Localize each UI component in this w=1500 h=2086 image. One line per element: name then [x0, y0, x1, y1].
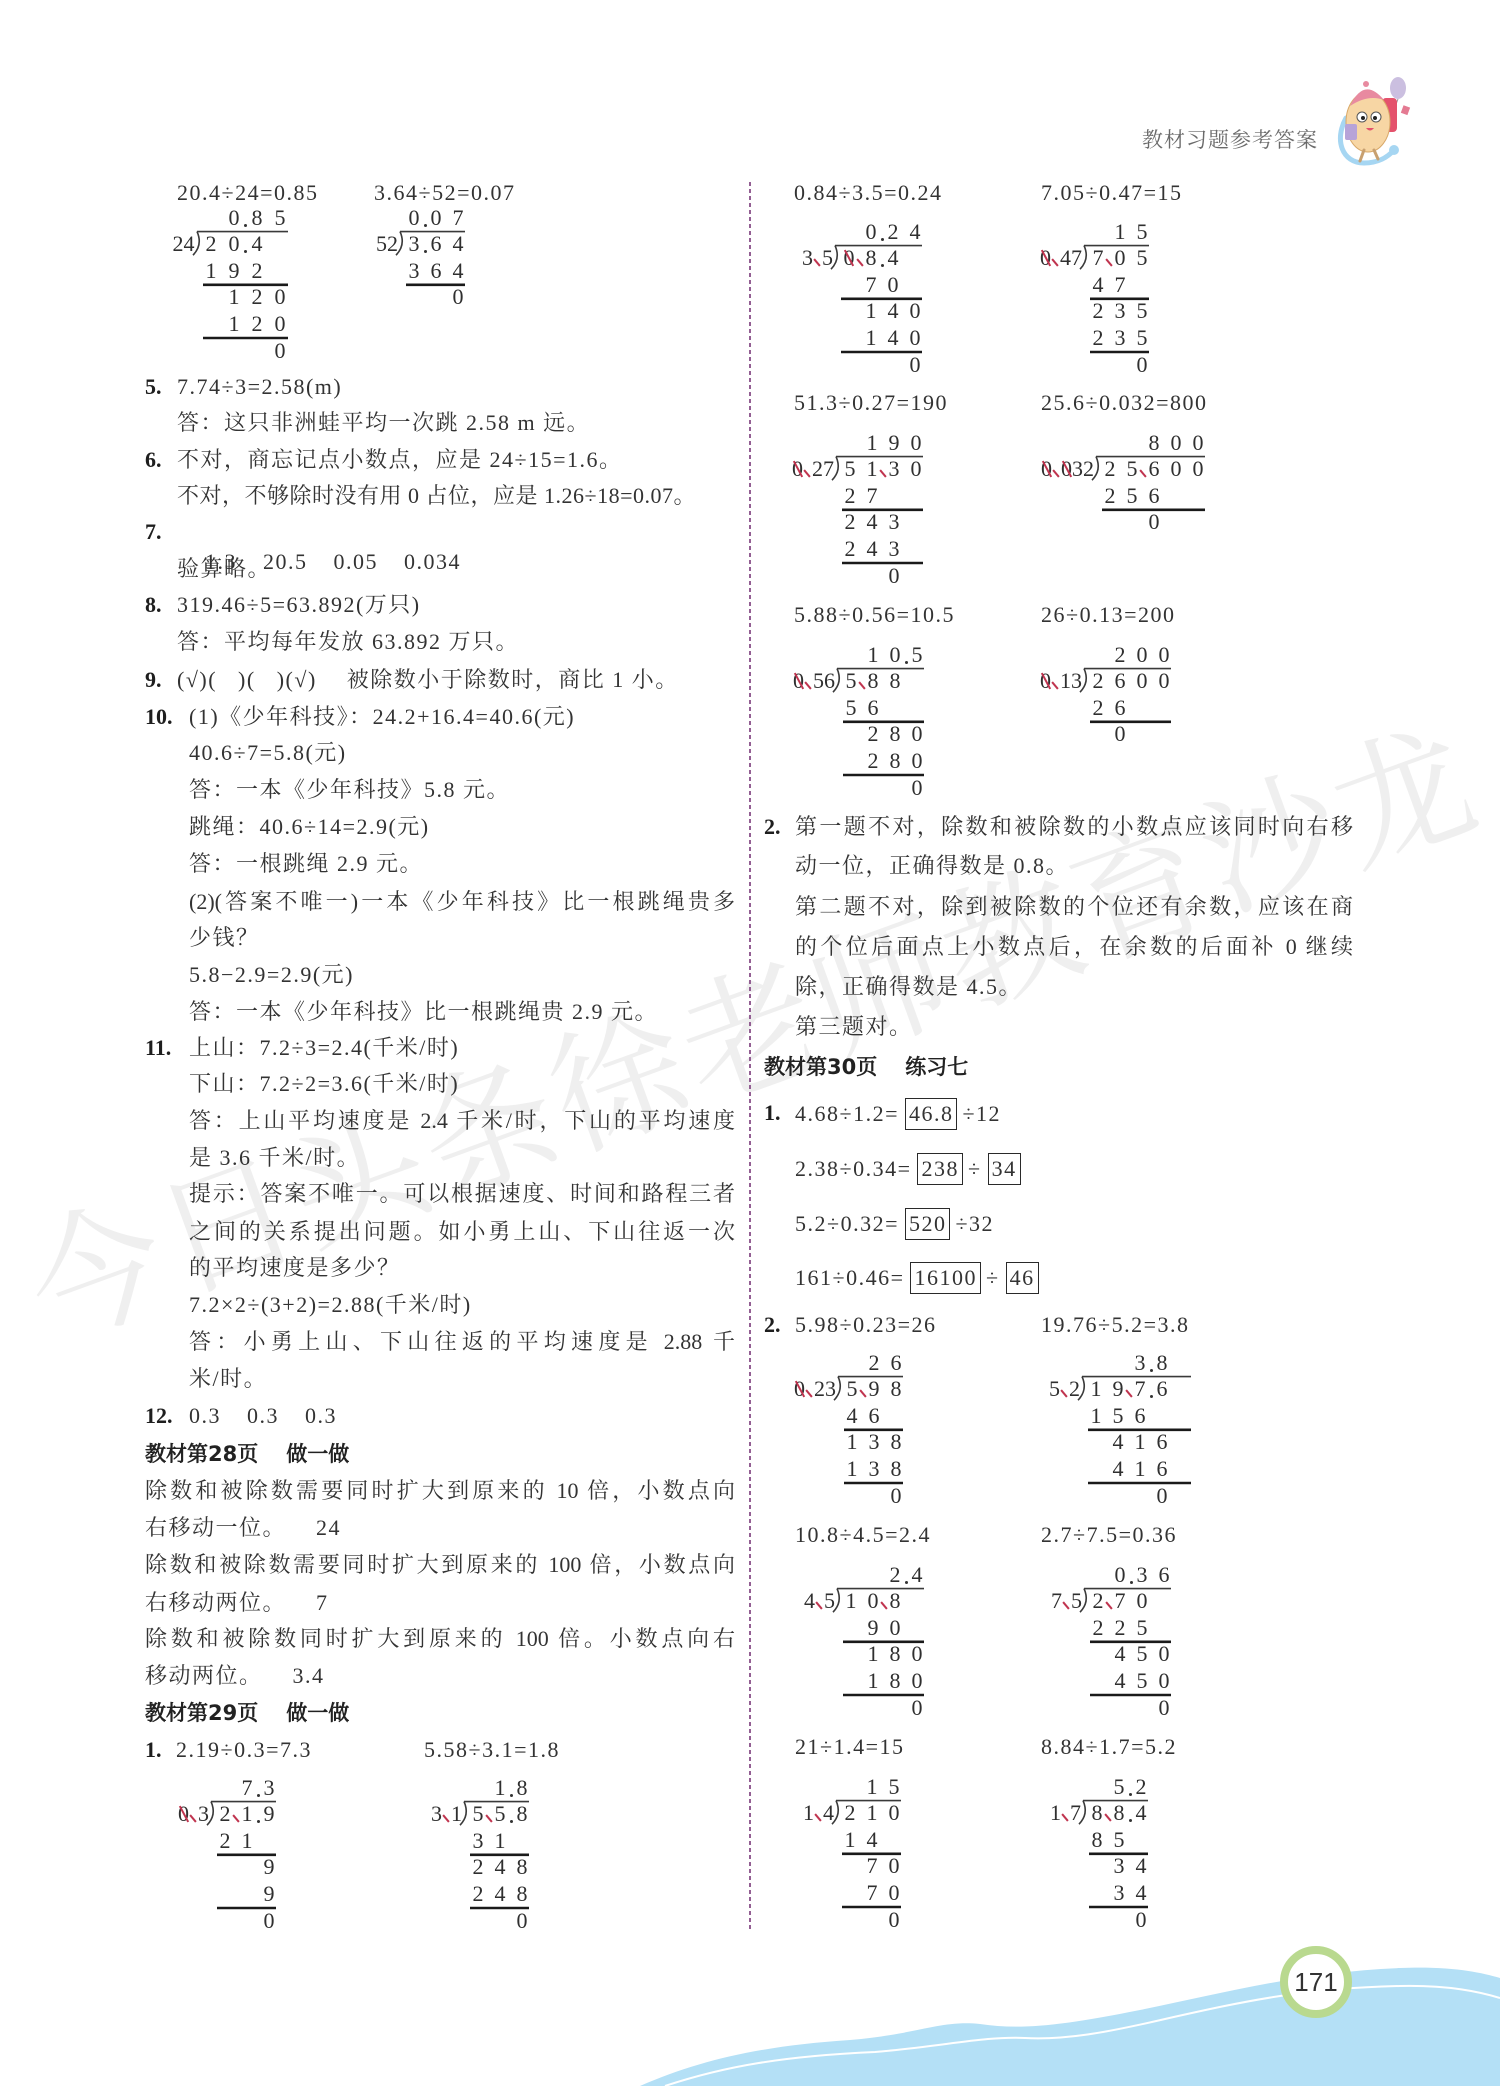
- answer-value: 0.3: [189, 1403, 221, 1428]
- digit: 1: [861, 1800, 883, 1827]
- answer-line: 右移动一位。24: [145, 1513, 341, 1543]
- digit: 7: [1051, 1588, 1062, 1615]
- answer-line: 答：上山平均速度是 2.4 千米/时，下山的平均速度: [189, 1106, 735, 1136]
- digit: 1: [860, 325, 882, 352]
- digit: 0: [223, 231, 246, 258]
- footer-wave: [0, 1930, 1500, 2086]
- boxed-equation: 4.68÷1.2=46.8÷12: [795, 1098, 1001, 1128]
- section-heading: 教材第28页做一做: [145, 1439, 349, 1469]
- digit: 2: [387, 231, 398, 258]
- digit: 0: [1165, 456, 1187, 483]
- digit: 6: [885, 1350, 907, 1377]
- long-division: 02326598461381380: [841, 1350, 907, 1510]
- digit: 8: [885, 1376, 907, 1403]
- digit: 1: [862, 642, 884, 669]
- digit: 8: [1151, 1350, 1173, 1377]
- digit: 0: [1131, 352, 1153, 379]
- digit: 1: [236, 1828, 258, 1855]
- digit: 3: [883, 456, 905, 483]
- digit: 6: [824, 668, 835, 695]
- digit: 0: [883, 1800, 905, 1827]
- digit: 9: [258, 1854, 280, 1881]
- crossed-digit: 0: [1040, 668, 1051, 695]
- long-division: 056105588562802800: [840, 642, 928, 802]
- answer-line: 是 3.6 千米/时。: [189, 1143, 360, 1173]
- digit: 6: [1151, 1376, 1173, 1403]
- digit: 2: [246, 284, 269, 311]
- digit: 1: [200, 258, 223, 285]
- divisor: 047: [1040, 245, 1082, 272]
- digit: 0: [883, 1880, 905, 1907]
- digit: 1: [861, 430, 883, 457]
- digit: 3: [883, 536, 905, 563]
- section-heading: 教材第30页练习七: [764, 1052, 968, 1082]
- answer-line: 答：平均每年发放 63.892 万只。: [177, 627, 519, 657]
- answer-line: 验算略。: [177, 554, 271, 584]
- digit: 5: [1131, 325, 1153, 352]
- digit: 2: [1087, 298, 1109, 325]
- digit: 0: [905, 456, 927, 483]
- digit: 5: [376, 231, 387, 258]
- digit: 0: [1153, 1695, 1175, 1722]
- divisor: 013: [1040, 668, 1082, 695]
- answer-box: 46.8: [905, 1098, 958, 1130]
- answer-box: 46: [1006, 1262, 1039, 1294]
- answer-line: 跳绳：40.6÷14=2.9(元): [189, 812, 430, 842]
- answer-text: 右移动一位。: [145, 1515, 286, 1540]
- digit: 4: [861, 509, 883, 536]
- digit: 7: [447, 205, 469, 232]
- question-number: 7.: [145, 517, 162, 547]
- check-mark: ( ): [247, 667, 286, 692]
- answer-list: 1.320.50.050.034: [177, 517, 461, 547]
- crossed-digit: 0: [1041, 456, 1052, 483]
- digit: 2: [814, 1376, 825, 1403]
- digit: 7: [861, 1880, 883, 1907]
- digit: 4: [1109, 1641, 1131, 1668]
- answer-line: 除数和被除数同时扩大到原来的 100 倍。小数点向右: [145, 1624, 735, 1654]
- digit: 4: [1107, 1429, 1129, 1456]
- digit: 2: [839, 536, 861, 563]
- divisor: 14: [803, 1800, 834, 1827]
- digit: 2: [839, 483, 861, 510]
- digit: 0: [269, 338, 292, 365]
- digit: 5: [1131, 1668, 1153, 1695]
- answer-line: 答：这只非洲蛙平均一次跳 2.58 m 远。: [177, 408, 590, 438]
- answer-line: 不对，商忘记点小数点，应是 24÷15=1.6。: [177, 445, 622, 475]
- question-number: 5.: [145, 372, 162, 402]
- digit: 4: [861, 1827, 883, 1854]
- digit: 0: [1151, 1483, 1173, 1510]
- divisor: 75: [1051, 1588, 1082, 1615]
- equation: 20.4÷24=0.85: [177, 178, 318, 208]
- digit: 8: [1143, 430, 1165, 457]
- answer-value: 3.4: [293, 1663, 325, 1688]
- digit: 3: [883, 509, 905, 536]
- digit: 0: [905, 430, 927, 457]
- digit: 9: [258, 1801, 280, 1828]
- moved-decimal-mark: [1052, 456, 1061, 483]
- answer-box: 520: [905, 1208, 951, 1240]
- divisor: 027: [792, 456, 834, 483]
- digit: 0: [884, 642, 906, 669]
- boxed-equation: 2.38÷0.34=238÷34: [795, 1153, 1026, 1183]
- digit: 1: [841, 1456, 863, 1483]
- digit: 6: [1143, 483, 1165, 510]
- digit: 8: [862, 668, 884, 695]
- check-mark: (√): [286, 667, 317, 692]
- digit: 3: [403, 231, 425, 258]
- long-division: 520073643640: [403, 205, 469, 311]
- digit: 0: [1153, 642, 1175, 669]
- moved-decimal-mark: [815, 1588, 824, 1615]
- digit: 4: [804, 1588, 815, 1615]
- moved-decimal-mark: [1061, 1800, 1070, 1827]
- divisor: 35: [802, 245, 833, 272]
- digit: 1: [803, 1800, 814, 1827]
- digit: 4: [882, 245, 904, 272]
- digit: 3: [863, 1456, 885, 1483]
- answer-line: 右移动两位。7: [145, 1588, 329, 1618]
- digit: 2: [467, 1854, 489, 1881]
- equation: 3.64÷52=0.07: [374, 178, 515, 208]
- digit: 5: [824, 1588, 835, 1615]
- check-mark: ( ): [208, 667, 247, 692]
- answer-line: 7.74÷3=2.58(m): [177, 372, 342, 402]
- digit: 2: [214, 1828, 236, 1855]
- digit: 0: [1131, 1588, 1153, 1615]
- digit: 5: [1108, 1827, 1130, 1854]
- answer-line: (1)《少年科技》：24.2+16.4=40.6(元): [189, 702, 575, 732]
- digit: 6: [863, 1403, 885, 1430]
- digit: 1: [1060, 668, 1071, 695]
- answer-line: 答：一根跳绳 2.9 元。: [189, 849, 423, 879]
- digit: 5: [489, 1801, 511, 1828]
- equation-lhs: 2.38÷0.34=: [795, 1156, 911, 1181]
- digit: 3: [1108, 1853, 1130, 1880]
- digit: 8: [511, 1881, 533, 1908]
- section-title: 教材第28页: [145, 1442, 258, 1466]
- digit: 0: [906, 775, 928, 802]
- check-mark: (√): [177, 667, 208, 692]
- digit: 7: [860, 272, 882, 299]
- digit: 0: [906, 1668, 928, 1695]
- digit: 7: [1109, 1588, 1131, 1615]
- answer-line: (√)( )( )(√)被除数小于除数时，商比 1 小。: [177, 665, 679, 695]
- digit: 8: [884, 668, 906, 695]
- long-division: 750362702254504500: [1087, 1562, 1175, 1722]
- digit: 1: [1085, 1403, 1107, 1430]
- digit: 3: [1131, 1562, 1153, 1589]
- answer-value: 24: [316, 1515, 341, 1540]
- digit: 1: [489, 1775, 511, 1802]
- answer-line: 除，正确得数是 4.5。: [795, 972, 1022, 1002]
- divisor: 056: [793, 668, 835, 695]
- answer-value: 0.3: [305, 1403, 337, 1428]
- digit: 0: [403, 205, 425, 232]
- long-division: 17528848534340: [1086, 1774, 1152, 1934]
- digit: 2: [1087, 668, 1109, 695]
- column-divider: [749, 182, 751, 1932]
- digit: 4: [1060, 245, 1071, 272]
- answer-line: 除数和被除数需要同时扩大到原来的 100 倍，小数点向: [145, 1550, 735, 1580]
- section-title: 教材第29页: [145, 1701, 258, 1725]
- digit: 4: [1130, 1880, 1152, 1907]
- digit: 6: [862, 695, 884, 722]
- crossed-digit: 0: [793, 668, 804, 695]
- answer-line: 少钱？: [189, 923, 260, 953]
- digit: 3: [258, 1775, 280, 1802]
- digit: 9: [883, 430, 905, 457]
- digit: 2: [246, 311, 269, 338]
- hint-line: 之间的关系提出问题。如小勇上山、下山往返一次: [189, 1217, 735, 1247]
- digit: 4: [904, 219, 926, 246]
- digit: 2: [882, 219, 904, 246]
- question-number: 6.: [145, 445, 162, 475]
- moved-decimal-mark: [442, 1801, 451, 1828]
- question-number: 8.: [145, 590, 162, 620]
- digit: 0: [906, 748, 928, 775]
- answer-line: 上山：7.2÷3=2.4(千米/时): [189, 1033, 459, 1063]
- equation-lhs: 161÷0.46=: [795, 1265, 904, 1290]
- digit: 5: [1108, 1774, 1130, 1801]
- answer-line: 第一题不对，除数和被除数的小数点应该同时向右移: [795, 812, 1353, 842]
- question-number: 12.: [145, 1401, 173, 1431]
- equation: 2.7÷7.5=0.36: [1041, 1520, 1177, 1550]
- section-subtitle: 做一做: [286, 1442, 349, 1466]
- hint-line: 的平均速度是多少？: [189, 1253, 401, 1283]
- digit: 3: [1109, 298, 1131, 325]
- digit: 8: [511, 1854, 533, 1881]
- question-number: 2.: [764, 812, 781, 842]
- equation-lhs: 5.2÷0.32=: [795, 1211, 899, 1236]
- page-number: 171: [1280, 1946, 1352, 2018]
- equation-lhs: 4.68÷1.2=: [795, 1101, 899, 1126]
- question-number: 10.: [145, 702, 173, 732]
- crossed-digit: 0: [794, 1376, 805, 1403]
- digit: 1: [839, 1827, 861, 1854]
- digit: 3: [1072, 456, 1083, 483]
- equation: 21÷1.4=15: [795, 1732, 904, 1762]
- digit: 4: [1087, 272, 1109, 299]
- digit: 5: [1131, 1615, 1153, 1642]
- digit: 3: [825, 1376, 836, 1403]
- digit: 2: [173, 231, 184, 258]
- moved-decimal-mark: [189, 1801, 198, 1828]
- digit: 1: [1129, 1429, 1151, 1456]
- digit: 4: [906, 1562, 928, 1589]
- digit: 4: [882, 325, 904, 352]
- digit: 6: [425, 258, 447, 285]
- answer-line: 40.6÷7=5.8(元): [189, 738, 347, 768]
- equation: 10.8÷4.5=2.4: [795, 1520, 931, 1550]
- digit: 7: [861, 1853, 883, 1880]
- digit: 0: [1109, 1562, 1131, 1589]
- long-division: 523819761564164160: [1085, 1350, 1195, 1510]
- digit: 6: [1151, 1429, 1173, 1456]
- digit: 4: [882, 298, 904, 325]
- digit: 0: [1153, 1641, 1175, 1668]
- digit: 0: [882, 272, 904, 299]
- digit: 3: [431, 1801, 442, 1828]
- digit: 4: [489, 1881, 511, 1908]
- digit: 4: [447, 231, 469, 258]
- digit: 1: [861, 1774, 883, 1801]
- answer-box: 34: [988, 1153, 1021, 1185]
- answer-list: 0.30.30.3: [189, 1401, 337, 1431]
- digit: 0: [1143, 509, 1165, 536]
- answer-line: 7.2×2÷(3+2)=2.88(千米/时): [189, 1290, 472, 1320]
- equation-operator: ÷: [986, 1265, 1000, 1290]
- digit: 6: [1153, 1562, 1175, 1589]
- digit: 0: [1131, 642, 1153, 669]
- digit: 7: [1109, 272, 1131, 299]
- answer-value: 0.034: [404, 549, 461, 574]
- digit: 5: [1131, 298, 1153, 325]
- digit: 0: [906, 721, 928, 748]
- equation-rest: ÷12: [962, 1101, 1001, 1126]
- question-number: 1.: [145, 1735, 162, 1765]
- digit: 1: [489, 1828, 511, 1855]
- answer-line: 米/时。: [189, 1364, 267, 1394]
- digit: 1: [1109, 219, 1131, 246]
- digit: 0: [1187, 456, 1209, 483]
- section-subtitle: 做一做: [286, 1701, 349, 1725]
- answer-line: 答：一本《少年科技》比一根跳绳贵 2.9 元。: [189, 997, 658, 1027]
- digit: 8: [1086, 1827, 1108, 1854]
- equation: 19.76÷5.2=3.8: [1041, 1310, 1189, 1340]
- digit: 2: [1130, 1774, 1152, 1801]
- equation: 8.84÷1.7=5.2: [1041, 1732, 1177, 1762]
- digit: 1: [1129, 1456, 1151, 1483]
- answer-box: 238: [917, 1153, 963, 1185]
- digit: 0: [223, 205, 246, 232]
- digit: 7: [823, 456, 834, 483]
- answer-box: 16100: [910, 1262, 981, 1294]
- long-division: 3118558312482480: [467, 1775, 533, 1935]
- answer-line: 第二题不对，除到被除数的个位还有余数，应该在商: [795, 892, 1353, 922]
- digit: 0: [883, 1853, 905, 1880]
- digit: 8: [511, 1775, 533, 1802]
- equation: 0.84÷3.5=0.24: [794, 178, 942, 208]
- divisor: 52: [1049, 1376, 1080, 1403]
- digit: 4: [861, 536, 883, 563]
- digit: 8: [884, 1641, 906, 1668]
- long-division: 4524108901801800: [840, 1562, 928, 1722]
- digit: 4: [841, 1403, 863, 1430]
- crossed-digit: 0: [1040, 245, 1051, 272]
- digit: 1: [236, 1801, 258, 1828]
- digit: 3: [1109, 325, 1131, 352]
- digit: 1: [451, 1801, 462, 1828]
- digit: 0: [447, 284, 469, 311]
- digit: 3: [1129, 1350, 1151, 1377]
- digit: 6: [425, 231, 447, 258]
- digit: 5: [1131, 245, 1153, 272]
- digit: 6: [1109, 695, 1131, 722]
- boxed-equation: 5.2÷0.32=520÷32: [795, 1208, 994, 1238]
- equation: 7.05÷0.47=15: [1041, 178, 1182, 208]
- digit: 2: [1109, 642, 1131, 669]
- question-number: 11.: [145, 1033, 171, 1063]
- digit: 4: [184, 231, 195, 258]
- digit: 4: [246, 231, 269, 258]
- digit: 1: [841, 1429, 863, 1456]
- question-number: 1.: [764, 1098, 781, 1128]
- digit: 2: [200, 231, 223, 258]
- digit: 2: [1069, 1376, 1080, 1403]
- digit: 5: [813, 668, 824, 695]
- digit: 8: [246, 205, 269, 232]
- divisor: 52: [376, 231, 398, 258]
- digit: 0: [1131, 668, 1153, 695]
- digit: 5: [1131, 219, 1153, 246]
- digit: 5: [822, 245, 833, 272]
- moved-decimal-mark: [803, 456, 812, 483]
- digit: 3: [802, 245, 813, 272]
- digit: 1: [840, 1588, 862, 1615]
- answer-value: 7: [316, 1590, 329, 1615]
- digit: 0: [883, 563, 905, 590]
- digit: 1: [862, 1668, 884, 1695]
- digit: 8: [860, 245, 882, 272]
- digit: 2: [1087, 695, 1109, 722]
- digit: 1: [860, 298, 882, 325]
- digit: 7: [1070, 1800, 1081, 1827]
- digit: 7: [1129, 1376, 1151, 1403]
- digit: 8: [884, 1588, 906, 1615]
- digit: 2: [884, 1562, 906, 1589]
- boxed-equation: 161÷0.46=16100÷46: [795, 1262, 1044, 1292]
- digit: 3: [467, 1828, 489, 1855]
- answer-value: 0.05: [334, 549, 379, 574]
- question-number: 2.: [764, 1310, 781, 1340]
- digit: 4: [447, 258, 469, 285]
- digit: 5: [1131, 1641, 1153, 1668]
- hint-line: 提示：答案不唯一。可以根据速度、时间和路程三者: [189, 1179, 735, 1209]
- digit: 2: [1099, 456, 1121, 483]
- digit: 8: [884, 721, 906, 748]
- section-subtitle: 练习七: [905, 1055, 968, 1079]
- digit: 5: [1049, 1376, 1060, 1403]
- divisor: 24: [173, 231, 195, 258]
- digit: 0: [269, 284, 292, 311]
- digit: 5: [906, 642, 928, 669]
- answer-value: 0.3: [247, 1403, 279, 1428]
- long-division: 35024084701401400: [838, 219, 926, 379]
- digit: 9: [863, 1376, 885, 1403]
- digit: 1: [862, 1641, 884, 1668]
- digit: 3: [1071, 668, 1082, 695]
- moved-decimal-mark: [804, 668, 813, 695]
- digit: 4: [1109, 1668, 1131, 1695]
- mascot-icon: [1330, 70, 1420, 170]
- moved-decimal-mark: [813, 245, 822, 272]
- digit: 4: [1107, 1456, 1129, 1483]
- digit: 0: [1153, 1668, 1175, 1695]
- answer-line: (2)(答案不唯一)一本《少年科技》比一根跳绳贵多: [189, 887, 735, 917]
- digit: 2: [1083, 456, 1094, 483]
- digit: 2: [863, 1350, 885, 1377]
- digit: 4: [489, 1854, 511, 1881]
- crossed-digit: 0: [178, 1801, 189, 1828]
- digit: 9: [862, 1615, 884, 1642]
- digit: 5: [1071, 1588, 1082, 1615]
- digit: 2: [839, 509, 861, 536]
- answer-line: 动一位，正确得数是 0.8。: [795, 851, 1069, 881]
- digit: 2: [1087, 1615, 1109, 1642]
- digit: 2: [862, 721, 884, 748]
